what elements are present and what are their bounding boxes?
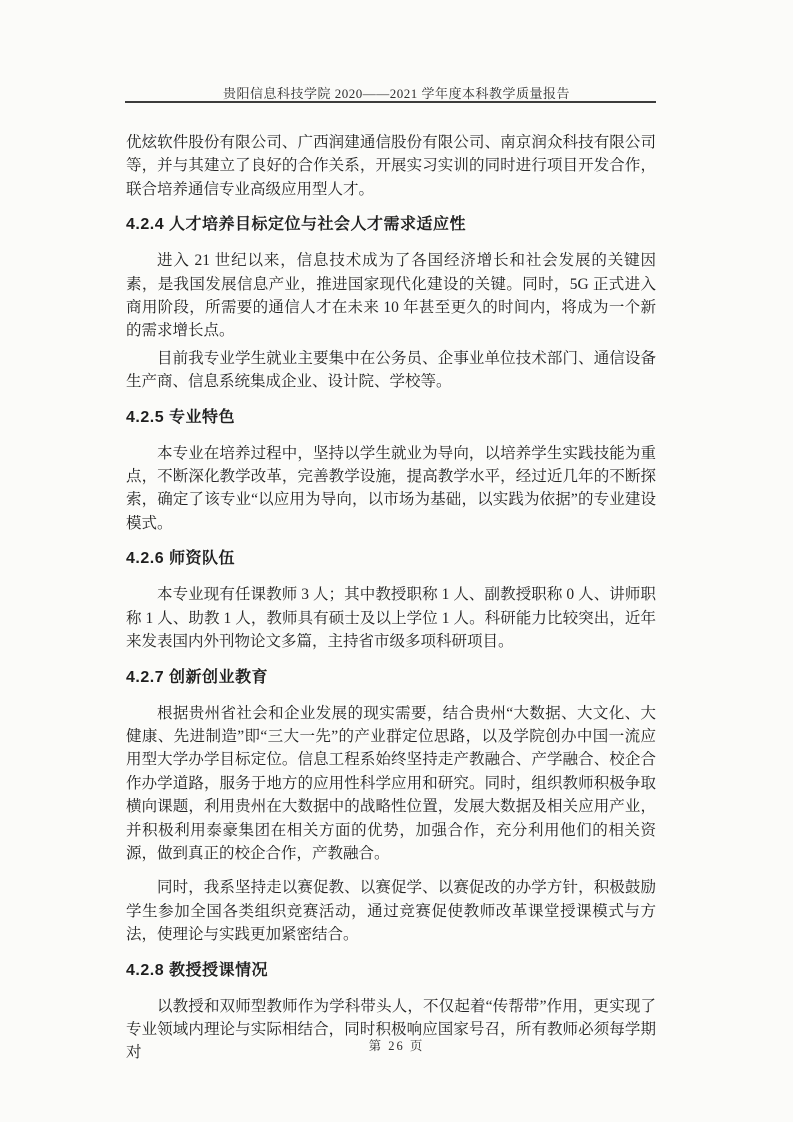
page-number: 第 26 页 [0, 1036, 793, 1054]
body-paragraph: 优炫软件股份有限公司、广西润建通信股份有限公司、南京润众科技有限公司等，并与其建… [126, 131, 656, 201]
running-header-title: 贵阳信息科技学院 2020——2021 学年度本科教学质量报告 [0, 83, 793, 102]
body-paragraph: 目前我专业学生就业主要集中在公务员、企事业单位技术部门、通信设备生产商、信息系统… [126, 347, 656, 394]
section-heading-427: 4.2.7 创新创业教育 [126, 666, 656, 690]
document-body: 优炫软件股份有限公司、广西润建通信股份有限公司、南京润众科技有限公司等，并与其建… [126, 131, 656, 1065]
header-rule [125, 101, 656, 103]
body-paragraph: 本专业现有任课教师 3 人；其中教授职称 1 人、副教授职称 0 人、讲师职称 … [126, 583, 656, 653]
section-heading-425: 4.2.5 专业特色 [126, 406, 656, 430]
section-heading-424: 4.2.4 人才培养目标定位与社会人才需求适应性 [126, 213, 656, 237]
section-heading-428: 4.2.8 教授授课情况 [126, 959, 656, 983]
body-paragraph: 根据贵州省社会和企业发展的现实需要，结合贵州“大数据、大文化、大健康、先进制造”… [126, 702, 656, 866]
body-paragraph: 进入 21 世纪以来，信息技术成为了各国经济增长和社会发展的关键因素，是我国发展… [126, 249, 656, 343]
body-paragraph: 同时，我系坚持走以赛促教、以赛促学、以赛促改的办学方针，积极鼓励学生参加全国各类… [126, 876, 656, 946]
body-paragraph: 本专业在培养过程中，坚持以学生就业为导向，以培养学生实践技能为重点，不断深化教学… [126, 442, 656, 536]
document-page: 贵阳信息科技学院 2020——2021 学年度本科教学质量报告 优炫软件股份有限… [0, 0, 793, 1122]
section-heading-426: 4.2.6 师资队伍 [126, 547, 656, 571]
body-paragraph: 以教授和双师型教师作为学科带头人，不仅起着“传帮带”作用，更实现了专业领域内理论… [126, 995, 656, 1065]
